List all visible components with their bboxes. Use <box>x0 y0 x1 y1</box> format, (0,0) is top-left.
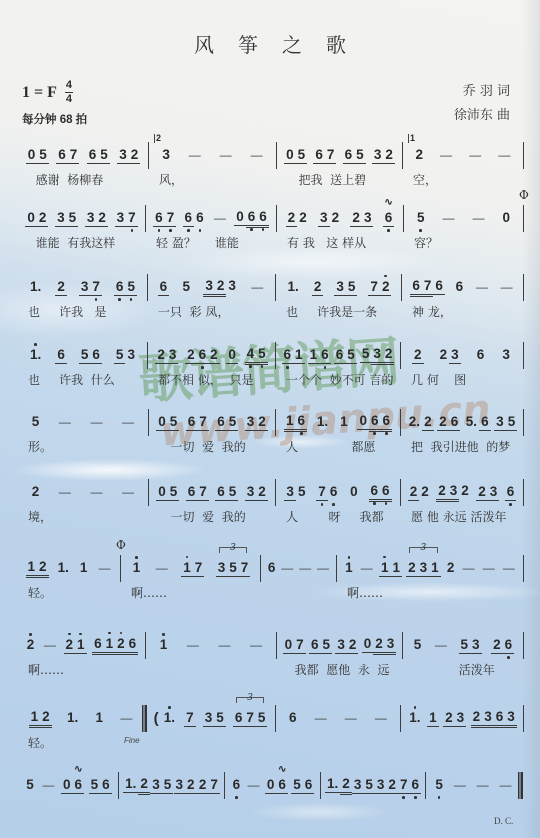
note: 7 <box>398 777 410 794</box>
note: 6 <box>100 777 112 794</box>
note-value: 2 <box>385 147 393 162</box>
note: 5 <box>125 279 137 296</box>
beat-group: 56 <box>79 347 102 364</box>
dash-hold: — <box>475 777 491 794</box>
beat-group: 12 <box>29 709 52 728</box>
note-value: 0 <box>350 484 358 499</box>
beat-group: — <box>343 710 359 727</box>
note-value: 2 <box>39 559 47 574</box>
note: 1 <box>343 560 355 576</box>
beat-group: — <box>246 777 262 794</box>
note: 6∿ <box>73 777 85 794</box>
note-value: 2 <box>445 710 453 725</box>
barline <box>523 705 524 732</box>
coda-sign-icon: Φ <box>519 188 529 202</box>
beat-group: 65 <box>343 147 366 164</box>
note: 2 <box>383 147 395 164</box>
note-value: 2 <box>385 346 393 361</box>
measure: 121.1—轻。 <box>22 554 116 608</box>
beat-group: 6 <box>505 484 517 501</box>
note: 7 <box>165 210 177 227</box>
note: 1 <box>104 636 116 655</box>
notes-line: 22363 <box>405 341 519 369</box>
note: 1. <box>325 776 340 793</box>
note-value: 1. <box>58 560 69 575</box>
beat-group: 26 <box>437 414 460 431</box>
note: 5 <box>168 484 180 501</box>
note: 2 <box>443 710 455 727</box>
beat-group: — <box>89 414 105 431</box>
dash-hold: — <box>187 147 203 164</box>
barline <box>275 342 276 369</box>
coda-sign-icon: Φ <box>116 538 126 552</box>
note-value: 2 <box>414 347 422 362</box>
notes-line: 6766—066 <box>150 204 272 232</box>
note: 2 <box>386 777 398 794</box>
mordent-icon: ∿ <box>383 198 395 208</box>
barline <box>276 632 277 659</box>
note-value: 2 <box>447 560 455 575</box>
note-value: 5 <box>26 777 34 792</box>
note-value: — <box>503 561 515 575</box>
beat-group: — <box>40 777 56 794</box>
note-value: 1 <box>286 413 294 428</box>
beat-group: 56 <box>89 777 112 794</box>
note: 6 <box>303 777 315 794</box>
beat-group: 22 <box>408 484 431 501</box>
dash-hold: — <box>433 637 449 654</box>
note: 1 <box>427 710 439 727</box>
beat-group: 35 <box>150 777 173 794</box>
note: 2 <box>491 637 503 654</box>
dash-hold: — <box>481 560 497 577</box>
note-value: 3 <box>336 279 344 294</box>
note-value: 7 <box>195 560 203 575</box>
beat-group: 3357 <box>216 560 251 577</box>
note-value: — <box>42 778 54 792</box>
note-value: 5 <box>183 279 191 294</box>
beat-group: 5 <box>181 279 193 295</box>
note-value: 1 <box>80 560 88 575</box>
note: 6∿ <box>276 777 288 794</box>
barline <box>147 342 148 369</box>
volta-ending-marker: 1 <box>408 134 415 143</box>
lyrics-line: 一个个 妙不可 言的 <box>286 372 396 388</box>
beat-group: — <box>279 560 295 577</box>
note: 0 <box>234 209 246 226</box>
dash-hold: — <box>470 210 486 227</box>
note: 1 <box>131 560 143 576</box>
note-value: 5 <box>170 484 178 499</box>
note: 6 <box>313 147 325 164</box>
note: 6 <box>90 347 102 364</box>
note: 0 <box>348 484 360 500</box>
note-value: 3 <box>247 414 255 429</box>
note: 2 <box>96 210 108 227</box>
note-value: 5 <box>81 347 89 362</box>
note-value: 3 <box>169 347 177 362</box>
note-value: 5 <box>298 484 306 499</box>
note: 5 <box>227 560 239 577</box>
note-value: 1. <box>164 710 175 725</box>
note-value: — <box>476 280 488 294</box>
notes-line: 05676532 <box>153 408 271 436</box>
note-value: — <box>91 485 103 499</box>
note: 2 <box>25 637 37 653</box>
dash-hold: — <box>359 560 375 577</box>
note: 6 <box>92 636 104 655</box>
dash-hold: — <box>440 210 456 227</box>
beat-group: 35 <box>352 777 375 794</box>
note: 6 <box>328 484 340 500</box>
note-value: — <box>345 711 357 725</box>
measure: 23262045都不相 似， 只是 <box>152 341 271 395</box>
note-value: 6 <box>268 560 276 575</box>
beat-group: 1 <box>131 560 143 576</box>
note-value: 5 <box>417 210 425 225</box>
note: 3 <box>362 210 374 227</box>
note: 5 <box>89 777 101 794</box>
beat-group: — <box>57 414 73 431</box>
notes-line: 2——— <box>407 141 519 169</box>
note-value: 2 <box>157 347 165 362</box>
note-value: 2 <box>258 414 266 429</box>
dash-hold: — <box>498 777 514 794</box>
beat-group: 1. <box>65 710 80 726</box>
note: 2 <box>37 559 49 578</box>
measure: 05676532 一切 爱 我的 <box>153 478 271 532</box>
beat-group: — <box>89 484 105 501</box>
beat-group: 023 <box>362 636 397 655</box>
note-value: 3 <box>502 347 510 362</box>
note: 1 <box>29 709 41 728</box>
note-value: 1. <box>125 776 136 791</box>
measure: 22363几 何 图 <box>405 341 519 395</box>
note: 2 <box>155 347 167 364</box>
beat-group: — <box>248 637 264 654</box>
note-value: 5 <box>100 147 108 162</box>
note-value: 3 <box>507 709 515 724</box>
dash-hold: — <box>246 777 262 794</box>
note-value: 1. <box>288 279 299 294</box>
notes-line: 22232236 <box>405 478 519 506</box>
note: 3 <box>318 210 330 227</box>
note: 6 <box>503 637 515 654</box>
note: 6 <box>56 147 68 164</box>
barline <box>402 142 403 169</box>
note: 0 <box>500 210 512 226</box>
measure: 1.23765也 许我 是 <box>22 273 143 327</box>
note-value: 6 <box>248 209 256 224</box>
beat-group: 32 <box>174 777 197 794</box>
note: 6 <box>505 484 517 501</box>
note-value: 2 <box>66 637 74 652</box>
dash-hold: — <box>40 777 56 794</box>
note-value: 6 <box>496 709 504 724</box>
notes-line: 5—5326 <box>407 631 519 659</box>
note: 2 <box>197 777 209 794</box>
note-value: — <box>375 711 387 725</box>
beat-group: 6 <box>454 279 466 295</box>
note-value: 1 <box>28 559 36 574</box>
note-value: 6 <box>284 347 292 362</box>
notes-line: 121.1— <box>22 704 141 732</box>
beat-group: 67 <box>313 147 336 164</box>
beat-group: 76 <box>316 484 339 501</box>
note-value: 5 <box>164 777 172 792</box>
note: 1. <box>28 279 43 295</box>
note: 3 <box>334 279 346 296</box>
note-value: 5 <box>362 346 370 361</box>
note: 0 <box>357 413 369 430</box>
note-value: 7 <box>296 637 304 652</box>
note-value: — <box>59 415 71 429</box>
measure: 5——0容？ <box>408 204 519 258</box>
notes-line: 05676532 <box>281 141 398 169</box>
triplet-marker: 3 <box>409 547 438 553</box>
note-value: 6 <box>305 777 313 792</box>
da-capo-marking: D. C. <box>494 816 513 826</box>
note-value: 1 <box>183 560 191 575</box>
note: 1. <box>65 710 80 726</box>
beat-group: 2363 <box>471 709 517 728</box>
measure: 1—1132312———啊…… <box>341 554 519 608</box>
note-value: 6 <box>92 347 100 362</box>
note: 6 <box>194 210 206 226</box>
barline <box>336 555 337 582</box>
note-value: 6 <box>345 147 353 162</box>
notes-line: 076532023 <box>281 631 398 659</box>
note: 3 <box>482 709 494 728</box>
barline <box>523 205 524 232</box>
note-value: 6 <box>233 777 241 792</box>
beat-group: 1 <box>427 710 439 727</box>
beat-group: 35 <box>494 414 517 431</box>
note-value: 1 <box>345 560 353 575</box>
barline <box>148 409 149 436</box>
note: 3 <box>470 637 482 654</box>
note: 3 <box>375 777 387 794</box>
measure: 1.65653也 许我 什么 <box>22 341 143 395</box>
note: 6 <box>186 414 198 431</box>
beat-group: 66 <box>369 483 392 502</box>
note: 6 <box>449 414 461 431</box>
note-value: 3 <box>87 210 95 225</box>
beat-group: 2 <box>414 147 426 163</box>
beat-group: 2 <box>25 637 37 653</box>
note-value: 6 <box>155 210 163 225</box>
note: 5 <box>256 346 268 365</box>
note: 2 <box>64 637 76 654</box>
fine-marking: Fine <box>124 736 140 745</box>
beat-group: — <box>217 637 233 654</box>
note-value: — <box>440 148 452 162</box>
note: 3 <box>455 710 467 727</box>
beat-group: 65 <box>215 414 238 431</box>
note: 6 <box>343 147 355 164</box>
note: 3 <box>335 637 347 654</box>
beat-group: 6 <box>55 347 67 364</box>
dash-hold: — <box>42 637 58 654</box>
note: 3 <box>371 346 383 365</box>
note: 2 <box>476 484 488 501</box>
note: 5 <box>98 147 110 164</box>
note: 1. <box>315 414 330 430</box>
note-value: 3 <box>457 710 465 725</box>
note-value: 0 <box>158 484 166 499</box>
note-value: 6 <box>385 210 393 225</box>
beat-group: 65 <box>215 484 238 501</box>
beat-group: 1 <box>338 414 350 430</box>
lyrics-line: 人 呀 我都 <box>286 509 396 525</box>
note: 6 <box>114 279 126 296</box>
note: 2 <box>340 776 352 795</box>
lyrics-line: 轻。 <box>28 585 116 601</box>
note: 3 <box>174 777 186 794</box>
note: 5 <box>433 777 445 793</box>
lyrics-line: 也 许我 什么 <box>28 372 143 388</box>
note: 5 <box>354 147 366 164</box>
beat-group: 1.2 <box>123 776 150 795</box>
note-value: 7 <box>241 560 249 575</box>
beat-group: 2 <box>312 279 324 296</box>
notes-line: 1.65653 <box>22 341 143 369</box>
lyrics-line: 风， <box>159 172 272 188</box>
note-value: 7 <box>70 147 78 162</box>
notes-line: 1.1232363 <box>405 704 519 732</box>
measure: 05676532 感谢 杨柳春 <box>22 141 144 195</box>
note-value: 5 <box>298 147 306 162</box>
beat-group: 32 <box>318 210 341 227</box>
barline <box>276 205 277 232</box>
beat-group: 65 <box>114 279 137 296</box>
note-value: 0 <box>286 147 294 162</box>
beat-group: — <box>218 147 234 164</box>
note: 5 <box>412 637 424 653</box>
barline <box>523 479 524 506</box>
note-value: — <box>281 561 293 575</box>
beat-group: — <box>470 210 486 227</box>
note-value: 7 <box>92 279 100 294</box>
dash-hold: — <box>118 710 134 727</box>
beat-group: 066 <box>234 209 269 228</box>
note-value: 7 <box>327 147 335 162</box>
note-value: 6 <box>456 279 464 294</box>
beat-group: — <box>359 560 375 577</box>
note-value: 3 <box>374 147 382 162</box>
note: 1. <box>56 560 71 576</box>
dash-hold: — <box>461 560 477 577</box>
dash-hold: — <box>467 147 483 164</box>
note-value: 0 <box>285 637 293 652</box>
note: 2 <box>437 414 449 431</box>
note-value: 6 <box>330 484 338 499</box>
measure: 6766——神 龙， <box>406 273 519 327</box>
barline <box>148 142 149 169</box>
note-value: 6 <box>412 278 420 293</box>
note: 2 <box>30 484 42 500</box>
lyrics-line: 几 何 图 <box>411 372 519 388</box>
beat-group: — <box>96 560 112 577</box>
lyrics-line: 人 都愿 <box>286 439 396 455</box>
note-value: 2 <box>493 637 501 652</box>
note-value: 2 <box>187 777 195 792</box>
beat-group: 32 <box>245 414 268 431</box>
note-value: 5 <box>348 279 356 294</box>
note-value: 3 <box>228 278 236 293</box>
note-value: 2 <box>39 210 47 225</box>
note-value: 0 <box>28 147 36 162</box>
note-value: 2 <box>98 210 106 225</box>
measure: 1.23572也 许我是一条 <box>280 273 397 327</box>
note-value: 1 <box>295 347 303 362</box>
note: 5 <box>360 346 372 363</box>
note-value: 2 <box>439 414 447 429</box>
note-value: 5 <box>365 777 373 792</box>
note: 3 <box>125 347 137 363</box>
note: 1 <box>75 637 87 654</box>
triplet-marker: 3 <box>219 547 248 553</box>
note-value: 5 <box>69 210 77 225</box>
note: 6 <box>215 414 227 431</box>
note: 6 <box>479 414 491 431</box>
notes-line: 02353237 <box>22 204 141 232</box>
beat-group: 65 <box>309 637 332 654</box>
barline <box>145 205 146 232</box>
beat-group: 05 <box>26 147 49 164</box>
note-value: 2 <box>217 278 225 293</box>
beat-group: 21 <box>64 637 87 654</box>
note-value: — <box>189 148 201 162</box>
beat-group: 2 <box>30 484 42 500</box>
note-value: 6 <box>371 483 379 498</box>
note-value: — <box>299 561 311 575</box>
note-value: 3 <box>286 484 294 499</box>
measure: 05676532 把我 送上碧 <box>281 141 398 195</box>
note-value: 2 <box>27 637 35 652</box>
note: 2 <box>436 483 448 502</box>
note-value: — <box>501 280 513 294</box>
beat-group: — <box>433 637 449 654</box>
dash-hold: — <box>279 560 295 577</box>
barline <box>145 632 146 659</box>
measure: 161.1066人 都愿 <box>280 408 396 462</box>
dash-hold: — <box>249 147 265 164</box>
note-value: — <box>248 778 260 792</box>
lyrics-line: 活泼年 <box>413 662 519 678</box>
beat-group: 5 <box>433 777 445 793</box>
note: 5 <box>227 414 239 431</box>
note-value: — <box>469 148 481 162</box>
beat-group: — <box>187 147 203 164</box>
note: 6 <box>153 210 165 227</box>
note: 7 <box>325 147 337 164</box>
note: 5 <box>181 279 193 295</box>
lyrics-line: 一切 爱 我的 <box>159 439 271 455</box>
note-value: 5 <box>91 777 99 792</box>
beat-group: 1 <box>343 560 355 576</box>
note: 5 <box>214 710 226 727</box>
note-value: 6 <box>481 414 489 429</box>
note: 2 <box>373 636 385 655</box>
note-value: 1. <box>409 710 420 725</box>
note: 6 <box>381 413 393 432</box>
beat-group: 2 <box>445 560 457 576</box>
lyrics-line: 一只 彩 凤， <box>158 304 271 320</box>
volta-ending-marker: 2 <box>154 134 161 143</box>
note: 1. <box>162 710 177 726</box>
note-value: 3 <box>484 709 492 724</box>
